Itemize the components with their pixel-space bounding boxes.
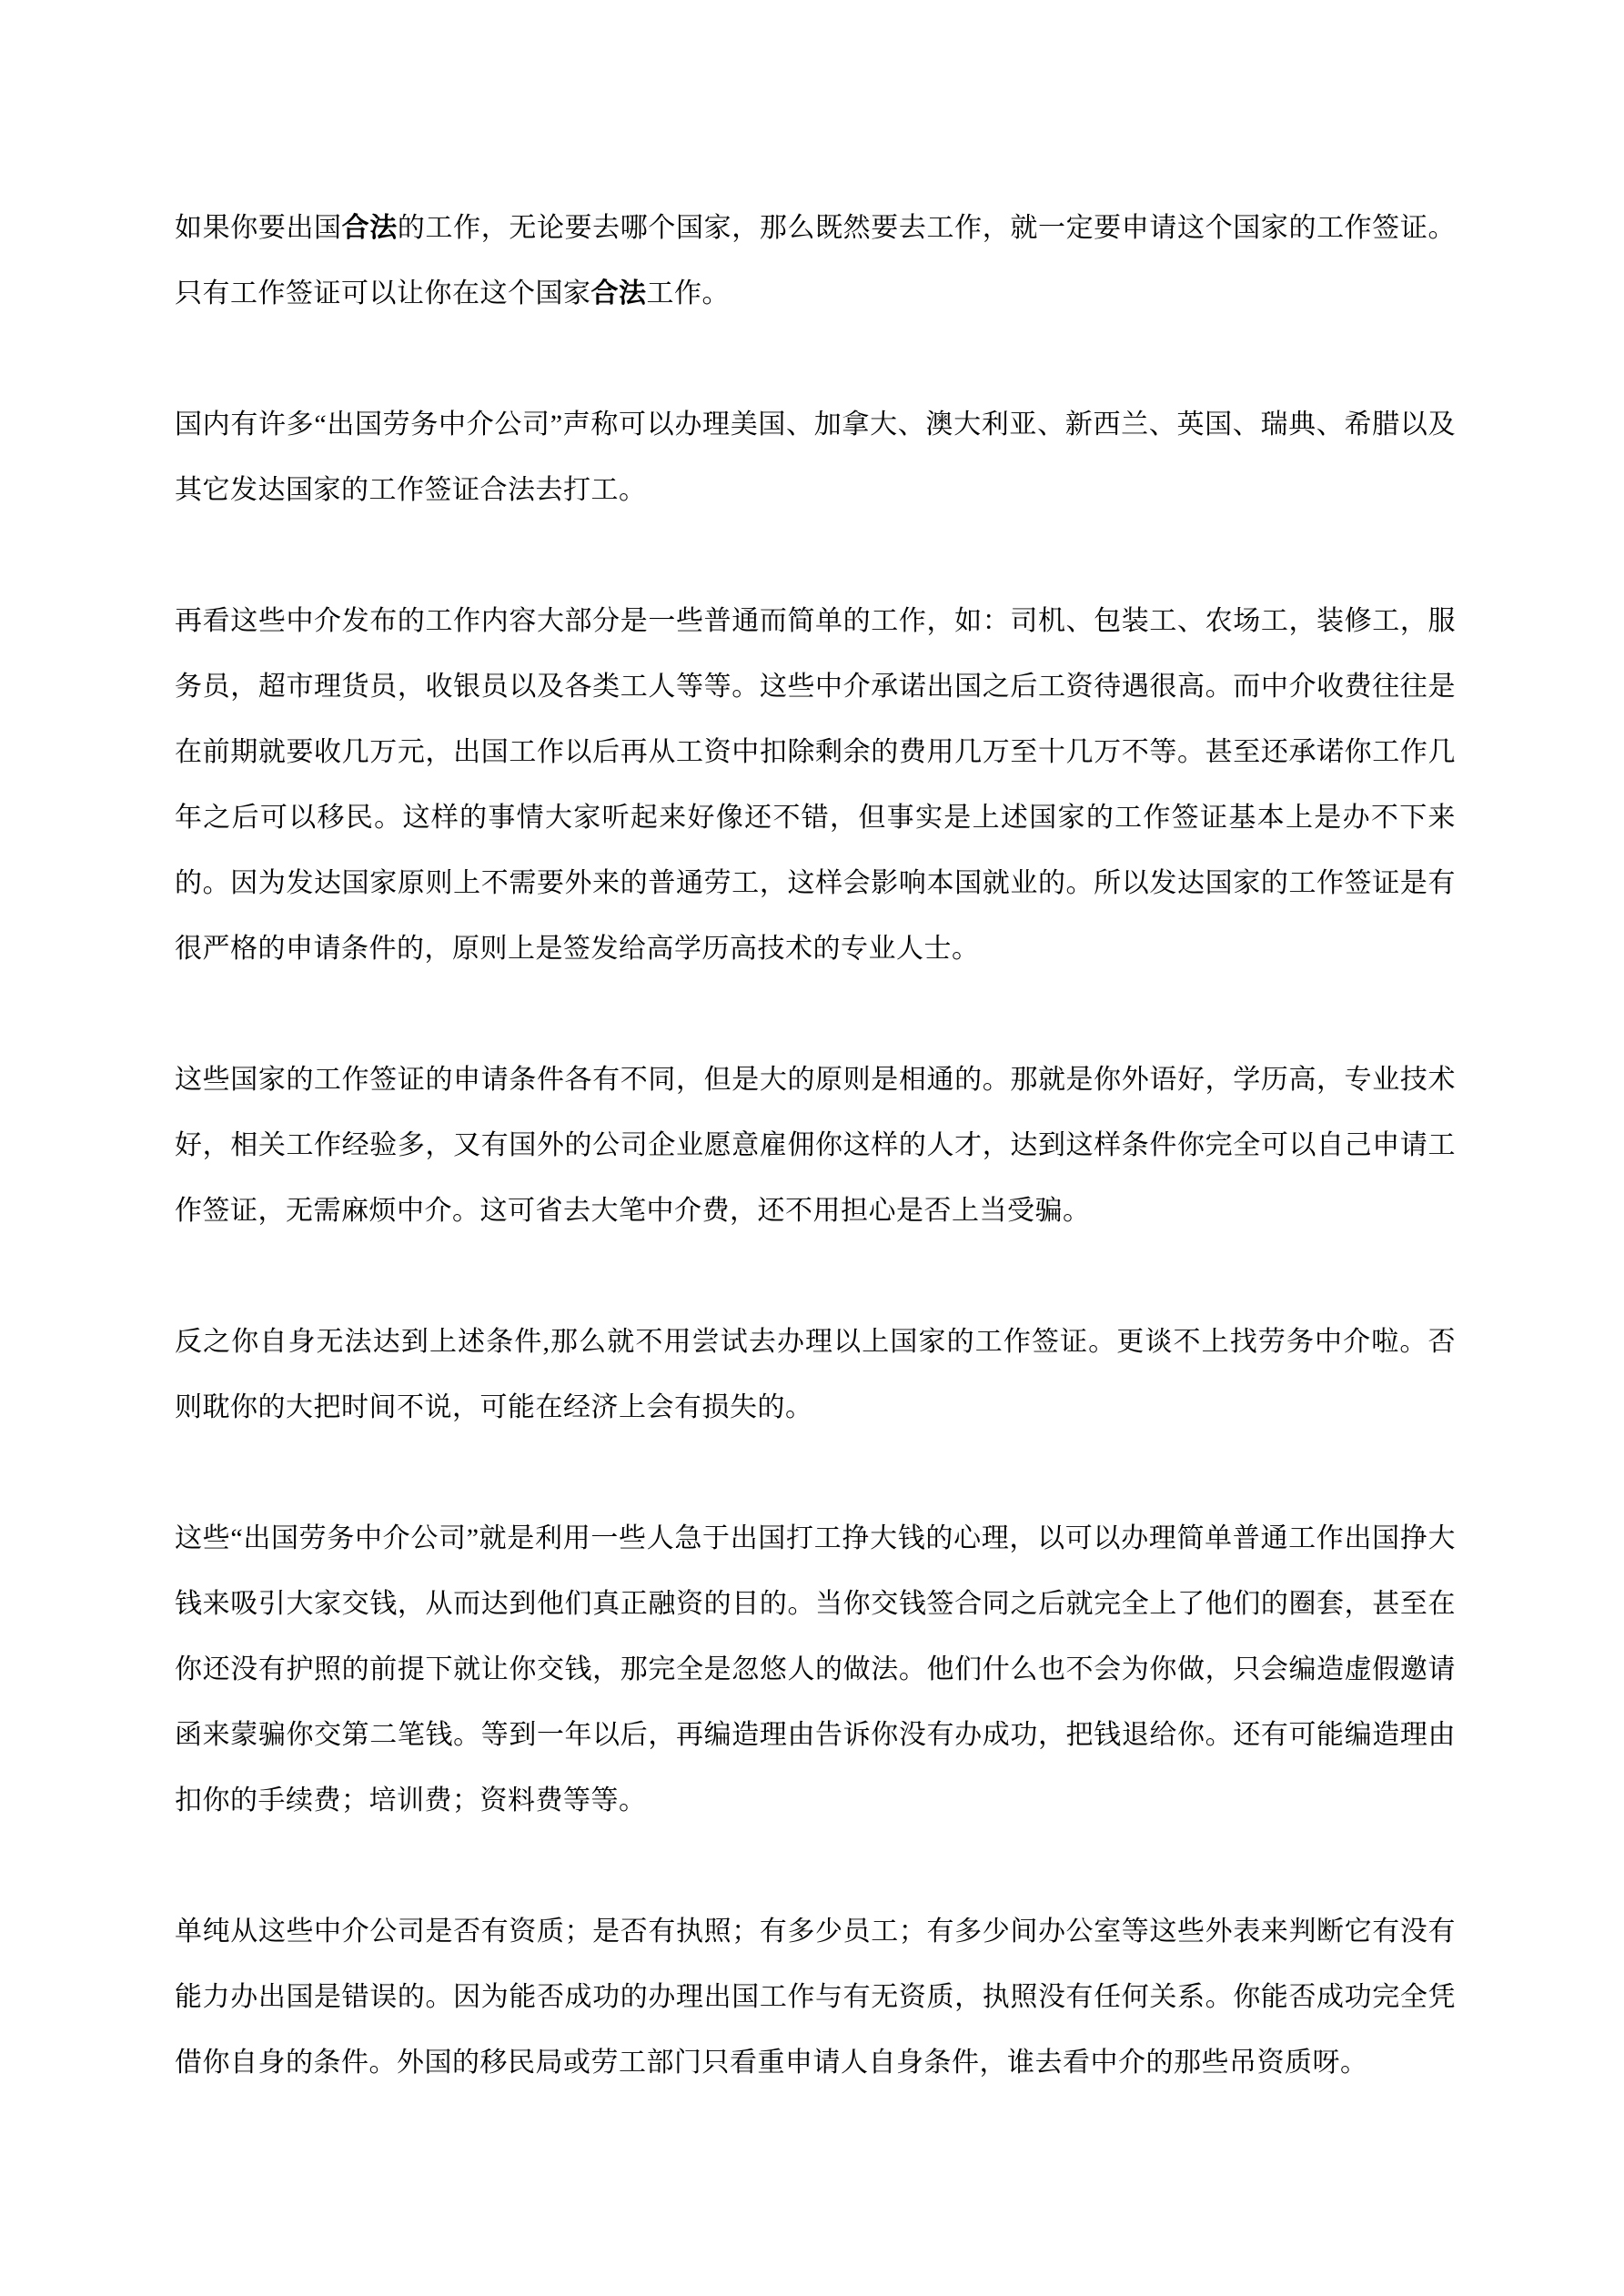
emphasis-text: 合法 [591, 278, 647, 308]
text-run: 这些“出国劳务中介公司”就是利用一些人急于出国打工挣大钱的心理，以可以办理简单普… [175, 1523, 1456, 1816]
text-run: 工作。 [647, 278, 731, 308]
text-run: 反之你自身无法达到上述条件,那么就不用尝试去办理以上国家的工作签证。更谈不上找劳… [175, 1327, 1456, 1422]
paragraph-visa-requirements: 这些国家的工作签证的申请条件各有不同，但是大的原则是相通的。那就是你外语好，学历… [175, 1047, 1456, 1244]
text-run: 国内有许多“出国劳务中介公司”声称可以办理美国、加拿大、澳大利亚、新西兰、英国、… [175, 410, 1456, 505]
paragraph-judging-agencies: 单纯从这些中介公司是否有资质；是否有执照；有多少员工；有多少间办公室等这些外表来… [175, 1899, 1456, 2096]
emphasis-text: 合法 [342, 213, 398, 243]
paragraph-agency-claims: 国内有许多“出国劳务中介公司”声称可以办理美国、加拿大、澳大利亚、新西兰、英国、… [175, 392, 1456, 523]
text-run: 如果你要出国 [175, 213, 342, 243]
text-run: 单纯从这些中介公司是否有资质；是否有执照；有多少员工；有多少间办公室等这些外表来… [175, 1917, 1456, 2078]
text-run: 这些国家的工作签证的申请条件各有不同，但是大的原则是相通的。那就是你外语好，学历… [175, 1065, 1456, 1226]
paragraph-if-not-qualified: 反之你自身无法达到上述条件,那么就不用尝试去办理以上国家的工作签证。更谈不上找劳… [175, 1310, 1456, 1441]
paragraph-scam-tactics: 这些“出国劳务中介公司”就是利用一些人急于出国打工挣大钱的心理，以可以办理简单普… [175, 1506, 1456, 1834]
document-content: 如果你要出国合法的工作，无论要去哪个国家，那么既然要去工作，就一定要申请这个国家… [0, 0, 1624, 2096]
text-run: 再看这些中介发布的工作内容大部分是一些普通而简单的工作，如：司机、包装工、农场工… [175, 606, 1456, 964]
paragraph-legal-work-visa: 如果你要出国合法的工作，无论要去哪个国家，那么既然要去工作，就一定要申请这个国家… [175, 196, 1456, 327]
document-page: 如果你要出国合法的工作，无论要去哪个国家，那么既然要去工作，就一定要申请这个国家… [0, 0, 1624, 2296]
paragraph-job-types-and-fees: 再看这些中介发布的工作内容大部分是一些普通而简单的工作，如：司机、包装工、农场工… [175, 589, 1456, 982]
